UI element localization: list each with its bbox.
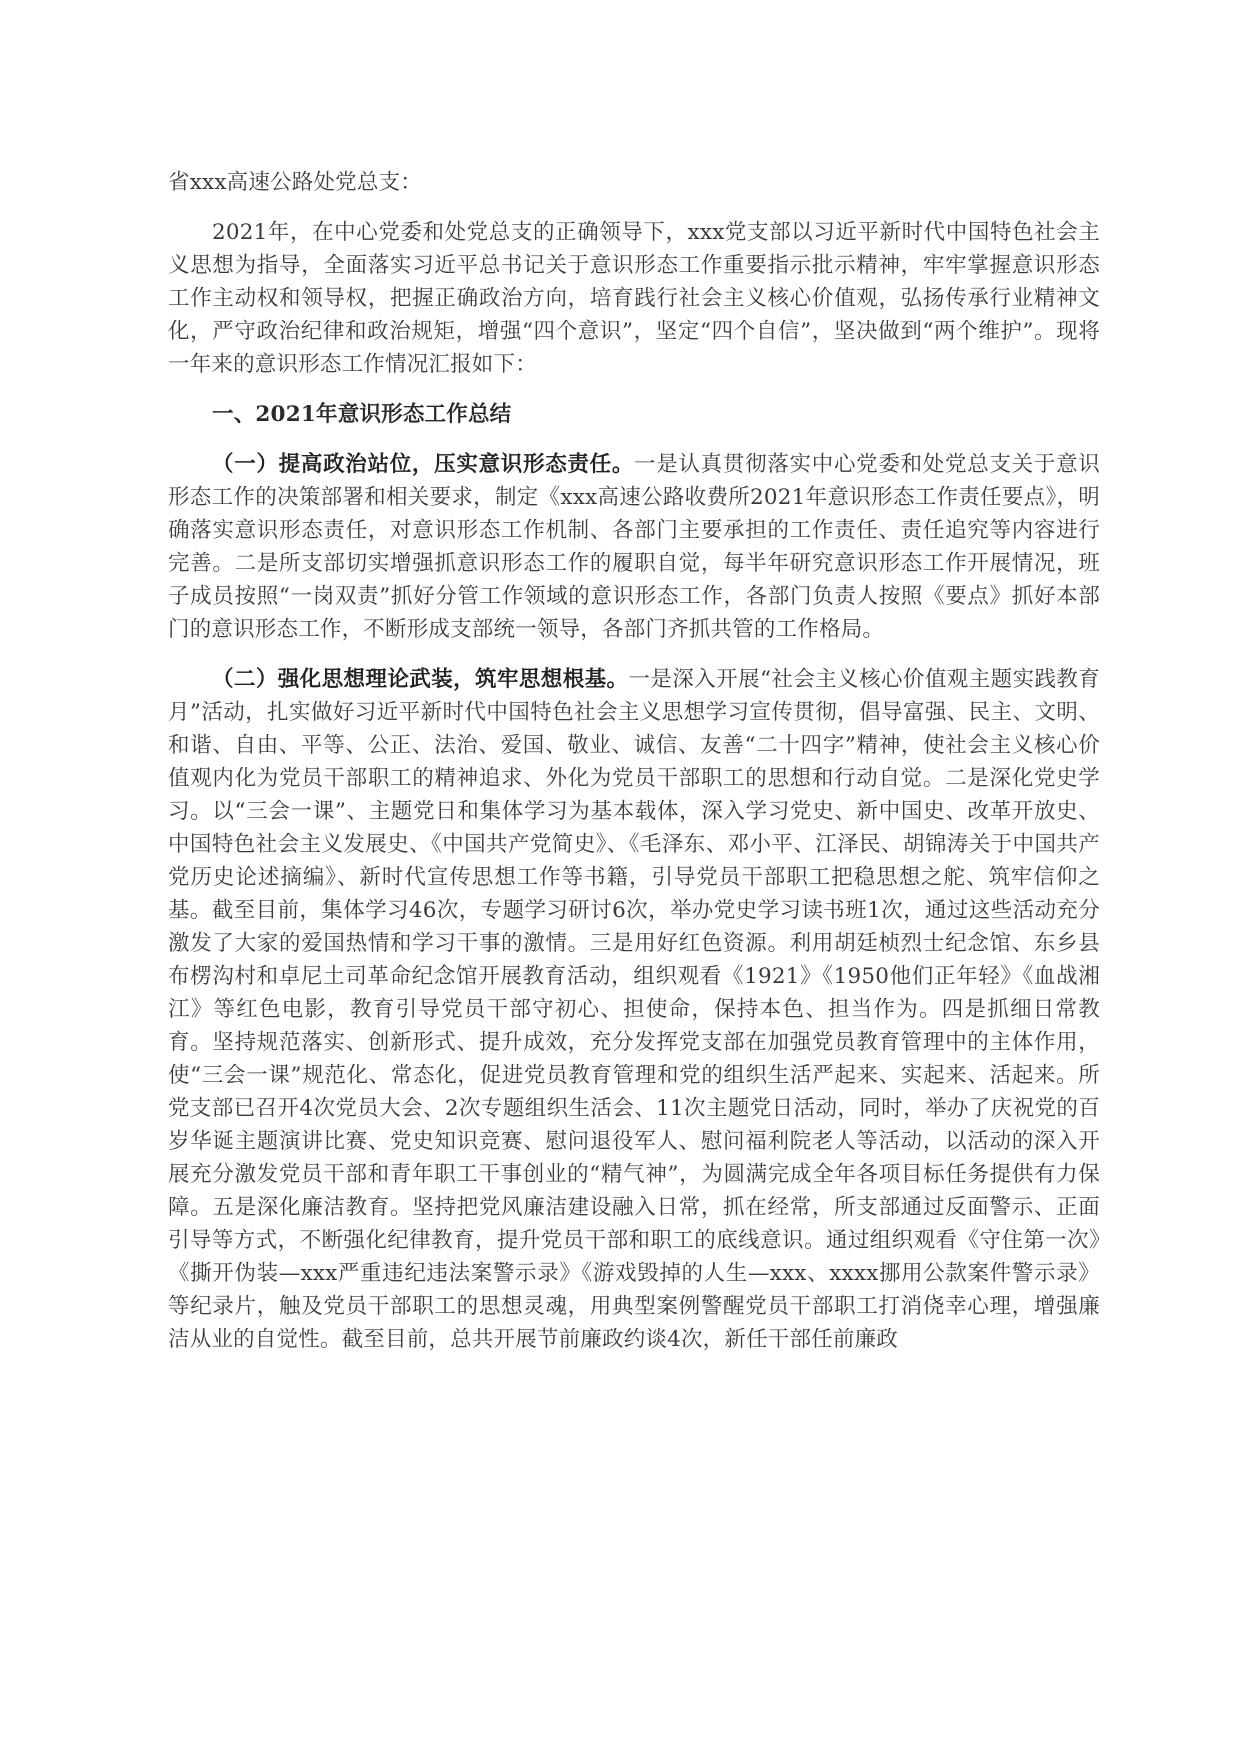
- item-title: （一）提高政治站位，压实意识形态责任。: [212, 452, 634, 477]
- section-heading: 一、2021年意识形态工作总结: [168, 398, 1100, 431]
- document-page: 省xxx高速公路处党总支： 2021年，在中心党委和处党总支的正确领导下，xxx…: [168, 166, 1100, 1373]
- item-title: （二）强化思想理论武装，筑牢思想根基。: [212, 667, 628, 692]
- section-item-2: （二）强化思想理论武装，筑牢思想根基。一是深入开展“社会主义核心价值观主题实践教…: [168, 663, 1100, 1356]
- section-item-1: （一）提高政治站位，压实意识形态责任。一是认真贯彻落实中心党委和处党总支关于意识…: [168, 448, 1100, 646]
- intro-paragraph: 2021年，在中心党委和处党总支的正确领导下，xxx党支部以习近平新时代中国特色…: [168, 216, 1100, 381]
- item-body: 一是认真贯彻落实中心党委和处党总支关于意识形态工作的决策部署和相关要求，制定《x…: [168, 452, 1100, 642]
- salutation: 省xxx高速公路处党总支：: [168, 166, 1100, 199]
- item-body: 一是深入开展“社会主义核心价值观主题实践教育月”活动，扎实做好习近平新时代中国特…: [168, 667, 1100, 1352]
